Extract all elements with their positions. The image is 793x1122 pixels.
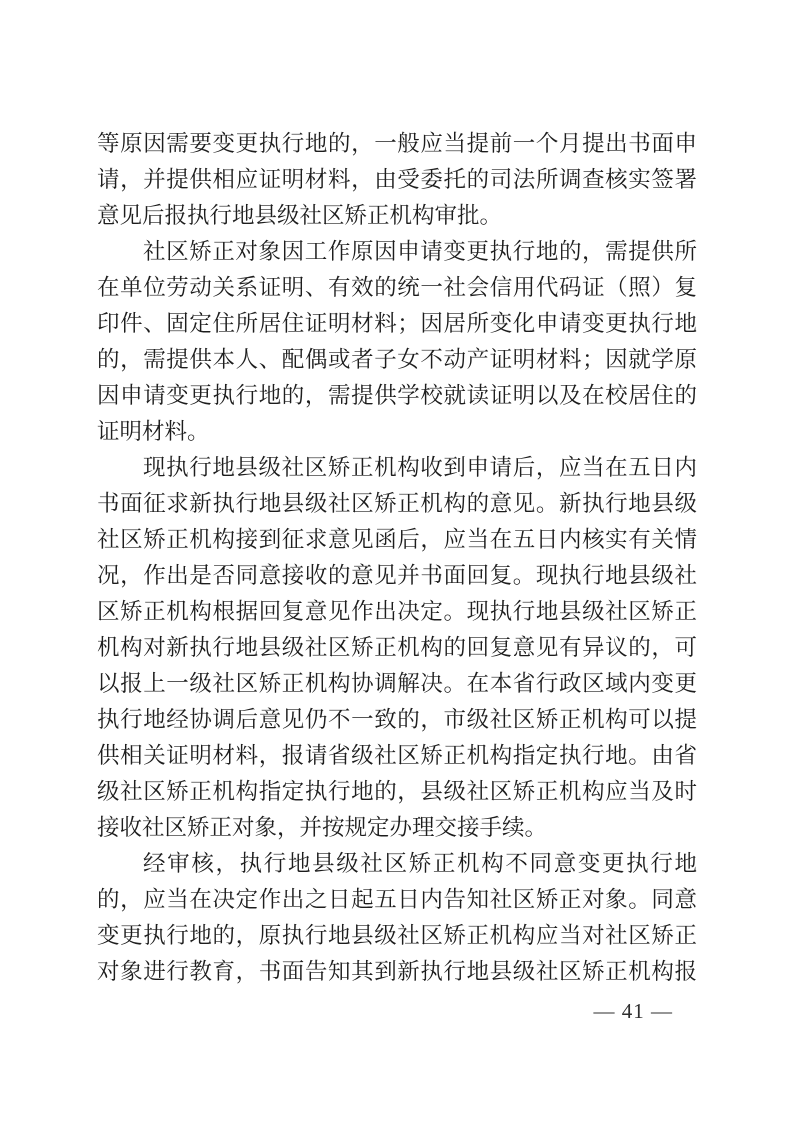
text-line: 变更执行地的，原执行地县级社区矫正机构应当对社区矫正 — [97, 918, 697, 954]
paragraph: 经审核，执行地县级社区矫正机构不同意变更执行地的，应当在决定作出之日起五日内告知… — [97, 846, 697, 990]
paragraph: 现执行地县级社区矫正机构收到申请后，应当在五日内书面征求新执行地县级社区矫正机构… — [97, 450, 697, 846]
text-line: 况，作出是否同意接收的意见并书面回复。现执行地县级社 — [97, 558, 697, 594]
text-line: 经审核，执行地县级社区矫正机构不同意变更执行地 — [97, 846, 697, 882]
page-number: — 41 — — [97, 999, 673, 1024]
text-line: 的，应当在决定作出之日起五日内告知社区矫正对象。同意 — [97, 882, 697, 918]
text-line: 接收社区矫正对象，并按规定办理交接手续。 — [97, 810, 697, 846]
text-line: 书面征求新执行地县级社区矫正机构的意见。新执行地县级 — [97, 486, 697, 522]
document-body: 等原因需要变更执行地的，一般应当提前一个月提出书面申请，并提供相应证明材料，由受… — [97, 126, 697, 990]
paragraph: 社区矫正对象因工作原因申请变更执行地的，需提供所在单位劳动关系证明、有效的统一社… — [97, 234, 697, 450]
document-page: 等原因需要变更执行地的，一般应当提前一个月提出书面申请，并提供相应证明材料，由受… — [0, 0, 793, 1122]
text-line: 请，并提供相应证明材料，由受委托的司法所调查核实签署 — [97, 162, 697, 198]
text-line: 在单位劳动关系证明、有效的统一社会信用代码证（照）复 — [97, 270, 697, 306]
text-line: 级社区矫正机构指定执行地的，县级社区矫正机构应当及时 — [97, 774, 697, 810]
paragraph: 等原因需要变更执行地的，一般应当提前一个月提出书面申请，并提供相应证明材料，由受… — [97, 126, 697, 234]
text-line: 意见后报执行地县级社区矫正机构审批。 — [97, 198, 697, 234]
text-line: 等原因需要变更执行地的，一般应当提前一个月提出书面申 — [97, 126, 697, 162]
text-line: 区矫正机构根据回复意见作出决定。现执行地县级社区矫正 — [97, 594, 697, 630]
text-line: 印件、固定住所居住证明材料；因居所变化申请变更执行地 — [97, 306, 697, 342]
text-line: 执行地经协调后意见仍不一致的，市级社区矫正机构可以提 — [97, 702, 697, 738]
text-line: 供相关证明材料，报请省级社区矫正机构指定执行地。由省 — [97, 738, 697, 774]
text-line: 机构对新执行地县级社区矫正机构的回复意见有异议的，可 — [97, 630, 697, 666]
text-line: 因申请变更执行地的，需提供学校就读证明以及在校居住的 — [97, 378, 697, 414]
text-line: 的，需提供本人、配偶或者子女不动产证明材料；因就学原 — [97, 342, 697, 378]
text-line: 社区矫正对象因工作原因申请变更执行地的，需提供所 — [97, 234, 697, 270]
text-line: 以报上一级社区矫正机构协调解决。在本省行政区域内变更 — [97, 666, 697, 702]
text-line: 社区矫正机构接到征求意见函后，应当在五日内核实有关情 — [97, 522, 697, 558]
text-line: 现执行地县级社区矫正机构收到申请后，应当在五日内 — [97, 450, 697, 486]
text-line: 对象进行教育，书面告知其到新执行地县级社区矫正机构报 — [97, 954, 697, 990]
text-line: 证明材料。 — [97, 414, 697, 450]
